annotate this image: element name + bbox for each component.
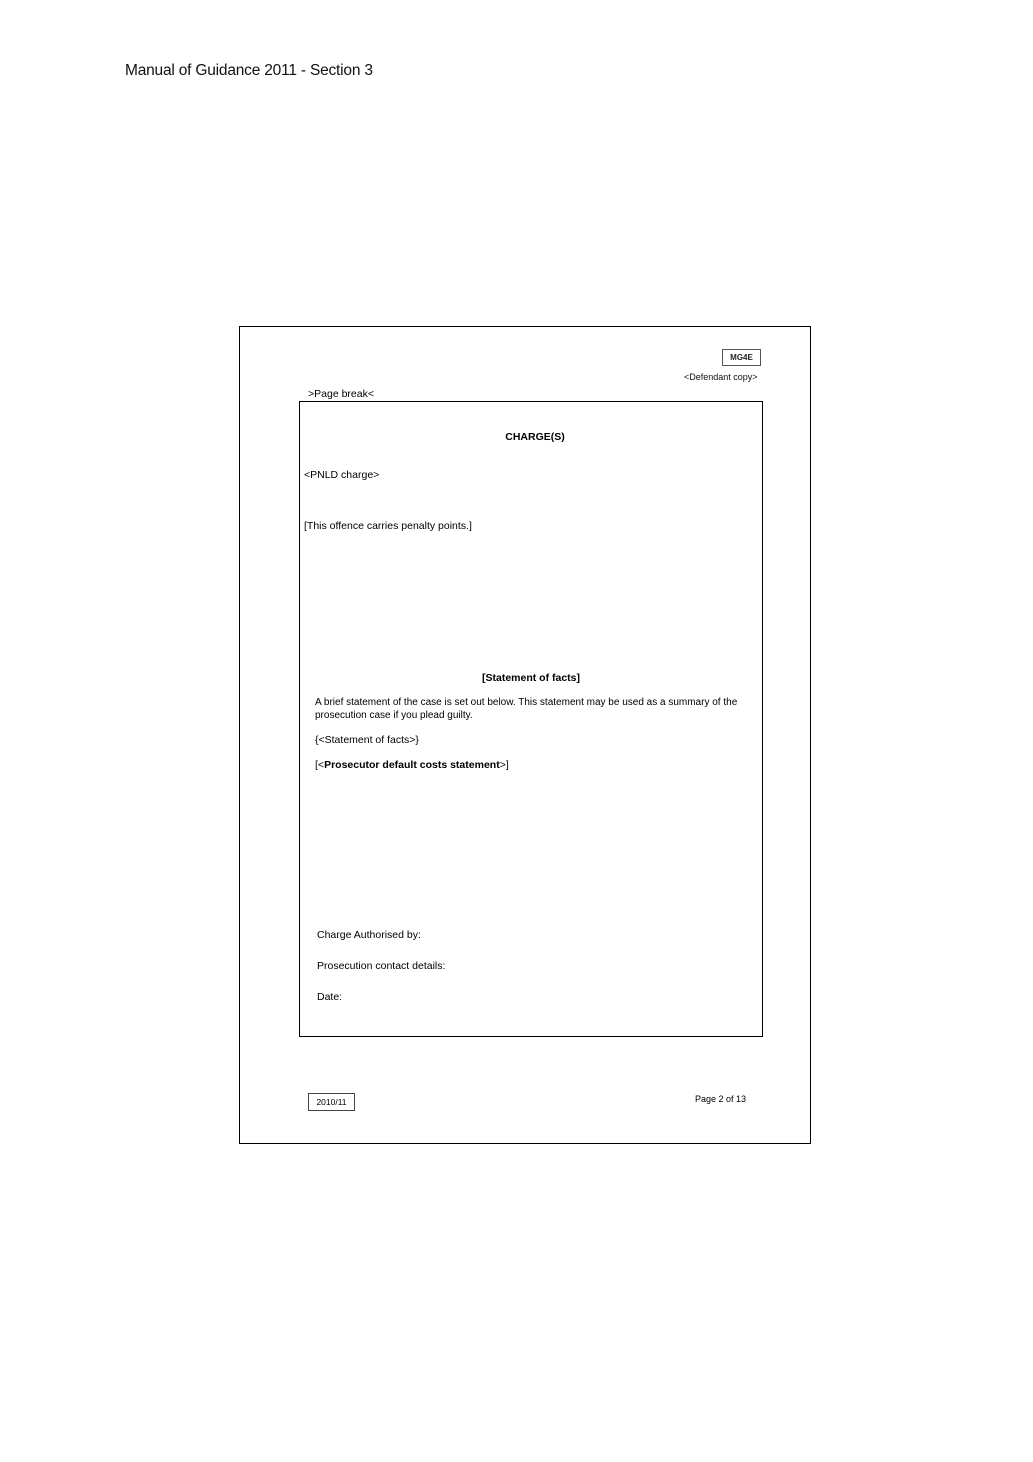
- form-version-badge: 2010/11: [308, 1093, 355, 1111]
- prosecutor-costs-statement: [<Prosecutor default costs statement>]: [315, 759, 509, 771]
- costs-close-bracket: >]: [500, 759, 509, 771]
- copy-label: <Defendant copy>: [684, 372, 758, 382]
- penalty-points-note: [This offence carries penalty points.]: [304, 520, 472, 532]
- statement-intro: A brief statement of the case is set out…: [315, 697, 760, 722]
- date-label: Date:: [317, 991, 342, 1003]
- charges-heading: CHARGE(S): [299, 431, 771, 443]
- costs-statement-text: Prosecutor default costs statement: [324, 759, 500, 771]
- statement-of-facts-heading: [Statement of facts]: [299, 672, 763, 684]
- statement-of-facts-placeholder: {<Statement of facts>}: [315, 734, 419, 746]
- costs-open-bracket: [<: [315, 759, 324, 771]
- page-break-marker: >Page break<: [308, 388, 374, 400]
- page-number: Page 2 of 13: [695, 1094, 746, 1104]
- charge-authorised-by-label: Charge Authorised by:: [317, 929, 421, 941]
- pnld-charge-placeholder: <PNLD charge>: [304, 469, 379, 481]
- document-header-title: Manual of Guidance 2011 - Section 3: [125, 62, 373, 80]
- form-code-badge: MG4E: [722, 349, 761, 366]
- prosecution-contact-label: Prosecution contact details:: [317, 960, 445, 972]
